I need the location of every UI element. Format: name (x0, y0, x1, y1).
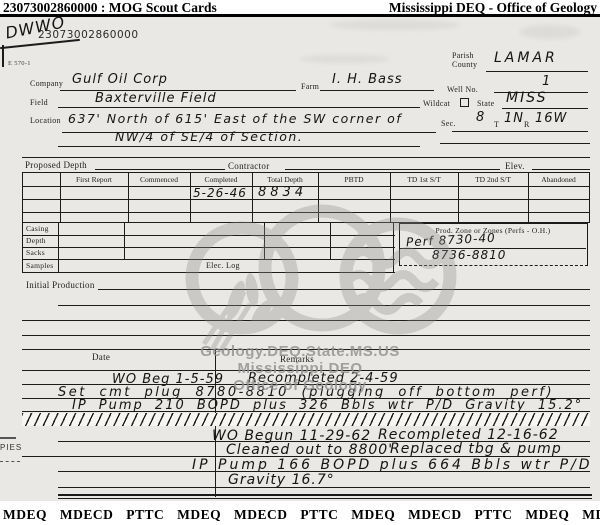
rule-line (58, 498, 592, 499)
sacks-label: Sacks (26, 248, 45, 257)
rule-line (58, 107, 420, 108)
samples-label: Samples (26, 261, 54, 270)
col-td-2nd: TD 2nd S/T (458, 175, 528, 186)
rule-line (22, 411, 590, 412)
county-label: County (452, 60, 477, 69)
proposed-depth-label: Proposed Depth (25, 160, 87, 170)
company-label: Company (30, 79, 63, 88)
range-label: R (524, 120, 530, 129)
rule-line (452, 131, 588, 132)
col-completed: Completed (190, 175, 252, 186)
rule-line (58, 146, 420, 147)
geology-seal-watermark (160, 190, 460, 360)
sec-label: Sec. (441, 119, 456, 128)
col-td-1st: TD 1st S/T (390, 175, 458, 186)
form-code: E 570-1 (8, 60, 31, 67)
margin-mark (0, 461, 20, 462)
watermark-office: Office of Geology (140, 377, 460, 394)
page-footer: MDEQ MDECD PTTC MDEQ MDECD PTTC MDEQ MDE… (0, 503, 600, 525)
seal-waves (348, 252, 440, 311)
field-label: Field (30, 98, 48, 107)
depth-label: Depth (26, 236, 46, 245)
elev-label: Elev. (505, 161, 525, 171)
rule-line (486, 71, 588, 72)
footer-text: MDEQ MDECD PTTC MDEQ MDECD PTTC MDEQ MDE… (3, 507, 600, 523)
rule-line (58, 487, 590, 488)
rule-line (95, 169, 225, 170)
col-first-report: First Report (60, 175, 128, 186)
township-label: T (494, 120, 499, 129)
farm-value: I. H. Bass (332, 72, 403, 87)
table-border (58, 222, 59, 272)
location-label: Location (30, 116, 61, 125)
scout-card-page: 23073002860000 : MOG Scout Cards Mississ… (0, 0, 600, 525)
location-line2: NW/4 of SE/4 of Section. (115, 129, 303, 144)
prod-zones-border (587, 223, 588, 266)
field-value: Baxterville Field (95, 91, 217, 106)
wildcat-checkbox (460, 98, 469, 107)
rule-line (58, 494, 592, 496)
rule-line (22, 157, 590, 158)
table-border (22, 172, 590, 173)
hatch-band (22, 413, 590, 426)
table-border (22, 172, 23, 222)
range-value: 16W (535, 111, 567, 126)
table-border (589, 172, 590, 222)
rule-line (502, 108, 588, 109)
remark-1962-gravity: Gravity 16.7° (228, 472, 335, 488)
company-value: Gulf Oil Corp (72, 72, 168, 87)
parish-label: Parish (452, 51, 474, 60)
rule-line (440, 143, 590, 144)
county-value: LAMAR (494, 50, 558, 66)
well-no-label: Well No. (447, 85, 478, 94)
scan-artifact (520, 25, 580, 39)
casing-label: Casing (26, 224, 49, 233)
col-abandoned: Abandoned (528, 175, 589, 186)
wildcat-label: Wildcat (423, 99, 450, 108)
well-no-value: 1 (542, 74, 551, 89)
contractor-label: Contractor (228, 161, 270, 171)
watermark-url: Geology.DEQ.State.MS.US (140, 343, 460, 360)
state-label: State (477, 99, 495, 108)
margin-stamp: PIES (0, 443, 22, 452)
col-pbtd: PBTD (318, 175, 390, 186)
col-commenced: Commenced (128, 175, 190, 186)
scan-artifact (330, 20, 460, 30)
table-border (22, 222, 23, 272)
remark-1962-replaced: Replaced tbg & pump (390, 441, 562, 457)
initial-production-label: Initial Production (26, 280, 95, 290)
scribble-tick (2, 45, 4, 67)
rule-line (285, 169, 500, 170)
date-column-label: Date (92, 352, 110, 362)
township-value: 1N (504, 111, 524, 126)
watermark-agency: Mississippi DEQ (140, 360, 460, 377)
table-border (124, 222, 125, 259)
location-line1: 637' North of 615' East of the SW corner… (68, 111, 402, 126)
rule-line (532, 169, 590, 170)
rule-line (320, 90, 434, 91)
sec-value: 8 (476, 110, 485, 125)
farm-label: Farm (301, 82, 319, 91)
scan-artifact (300, 55, 390, 63)
margin-mark (0, 437, 16, 439)
state-value: MISS (506, 90, 547, 106)
api-number: 23073002860000 (38, 29, 139, 41)
